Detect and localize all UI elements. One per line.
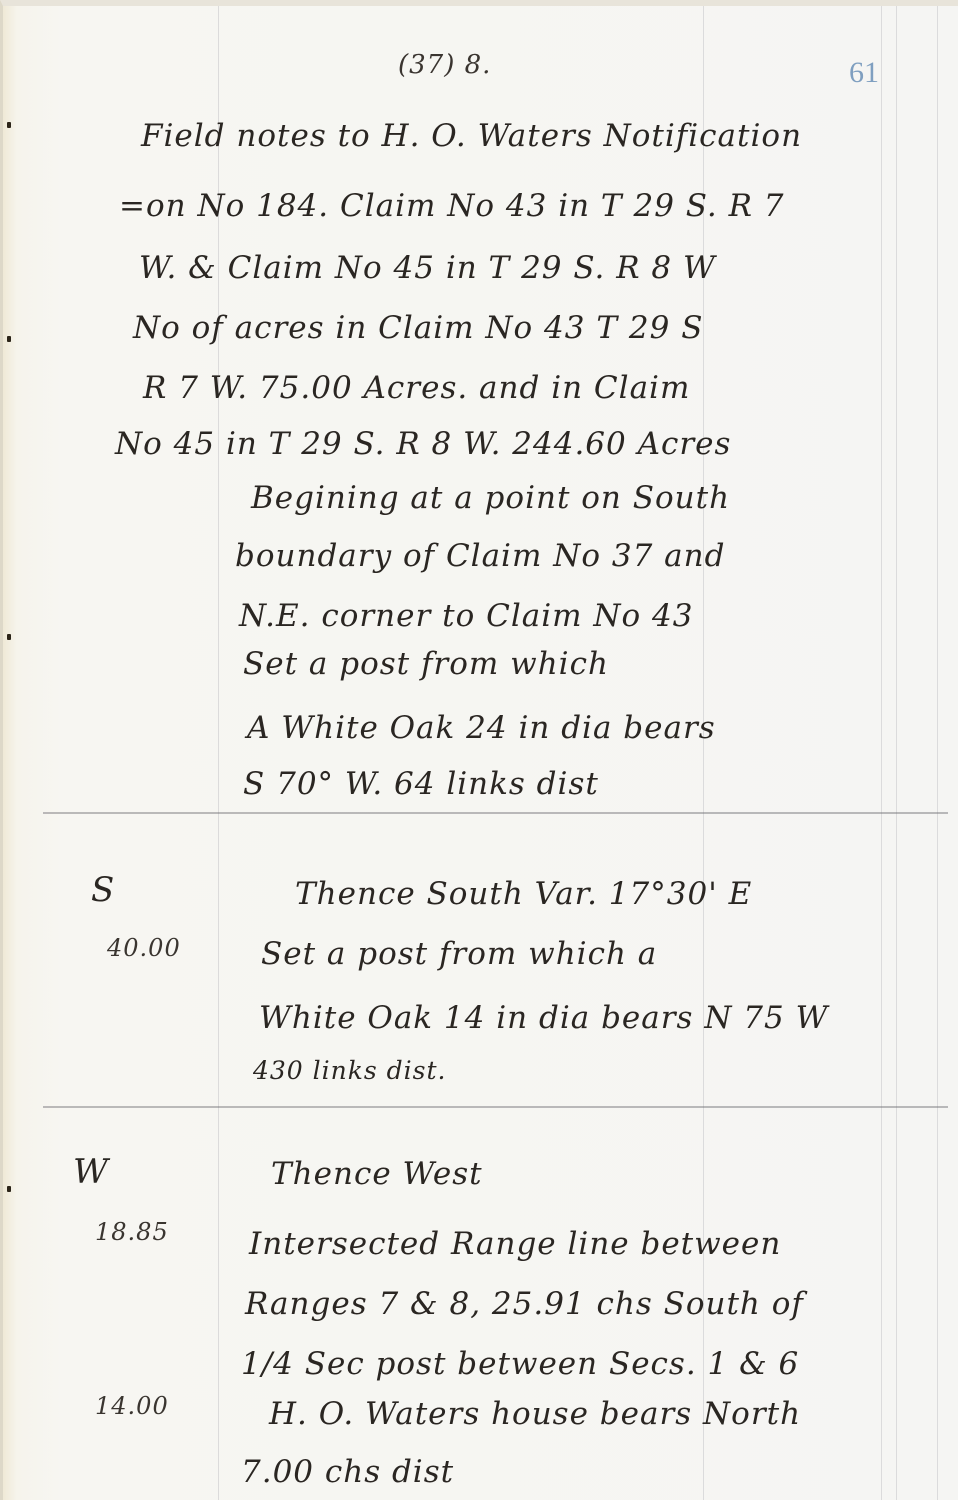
intro-line: W. & Claim No 45 in T 29 S. R 8 W [139, 250, 716, 286]
section-line: Thence West [271, 1156, 483, 1192]
section-divider [43, 812, 948, 814]
beginning-line: boundary of Claim No 37 and [235, 538, 725, 574]
section-line: 430 links dist. [253, 1056, 447, 1085]
beginning-line: Set a post from which [243, 646, 609, 682]
field-notes-page: (37) 8. 61 Field notes to H. O. Waters N… [0, 0, 958, 1500]
section-line: Ranges 7 & 8, 25.91 chs South of [245, 1286, 804, 1322]
margin-rule-line [218, 6, 219, 1500]
section-direction: S [91, 870, 115, 910]
page-number: 61 [849, 56, 879, 90]
column-rule-line [896, 6, 897, 1500]
binding-mark [7, 122, 11, 128]
section-direction: W [73, 1152, 109, 1192]
binding-mark [7, 634, 11, 640]
section-distance: 14.00 [95, 1392, 169, 1420]
binding-mark [7, 336, 11, 342]
beginning-line: N.E. corner to Claim No 43 [239, 598, 694, 634]
intro-line: =on No 184. Claim No 43 in T 29 S. R 7 [119, 188, 785, 224]
intro-line: No 45 in T 29 S. R 8 W. 244.60 Acres [115, 426, 731, 462]
beginning-line: S 70° W. 64 links dist [243, 766, 599, 802]
intro-line: Field notes to H. O. Waters Notification [141, 118, 802, 154]
column-rule-line [881, 6, 882, 1500]
beginning-line: Begining at a point on South [251, 480, 730, 516]
section-line: H. O. Waters house bears North [269, 1396, 801, 1432]
section-line: Intersected Range line between [249, 1226, 781, 1262]
section-distance: 40.00 [107, 934, 181, 962]
section-line: 7.00 chs dist [241, 1454, 454, 1490]
column-rule-line [703, 6, 704, 1500]
column-rule-line [937, 6, 938, 1500]
binding-mark [7, 1186, 11, 1192]
intro-line: R 7 W. 75.00 Acres. and in Claim [143, 370, 690, 406]
section-line: 1/4 Sec post between Secs. 1 & 6 [241, 1346, 799, 1382]
section-line: Thence South Var. 17°30' E [295, 876, 752, 912]
header-note: (37) 8. [398, 50, 491, 80]
section-divider [43, 1106, 948, 1108]
section-distance: 18.85 [95, 1218, 169, 1246]
section-line: White Oak 14 in dia bears N 75 W [259, 1000, 828, 1036]
intro-line: No of acres in Claim No 43 T 29 S [133, 310, 703, 346]
section-line: Set a post from which a [261, 936, 657, 972]
beginning-line: A White Oak 24 in dia bears [247, 710, 716, 746]
